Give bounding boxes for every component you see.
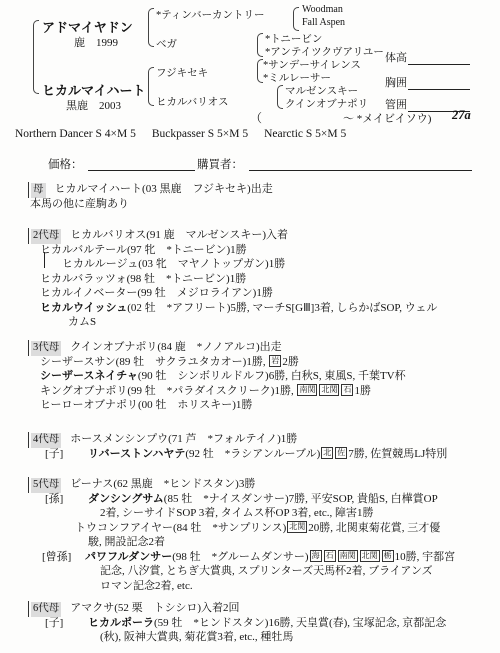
- line-text: 7勝, 佐賀競馬LJ特別: [348, 448, 447, 460]
- measurement-row: 体高: [385, 49, 470, 65]
- line-text: 本馬の他に産駒あり: [30, 198, 129, 210]
- offspring-line: 記念, 八汐賞, とちぎ大賞典, スプリンターズ天馬杯2着, ブライアンズ: [0, 564, 500, 579]
- gen2-ancestor: ヒカルバリオス: [156, 94, 229, 109]
- section-head-text: ヒカルマイハート(03 黒鹿 フジキセキ)出走: [55, 183, 273, 195]
- dam-detail: 黒鹿 2003: [66, 97, 121, 113]
- measurement-blank: [408, 77, 470, 90]
- section-head-line: 母ヒカルマイハート(03 黒鹿 フジキセキ)出走: [0, 182, 500, 197]
- pedigree-main-brace: [33, 20, 39, 94]
- sale-row: 価格： 購買者：: [0, 156, 500, 172]
- section-head-text: ホースメンシンプウ(71 芦 *フォルテイノ)1勝: [70, 433, 297, 445]
- horse-name-bold: ヒカルウイッシュ: [40, 302, 127, 314]
- family-open-paren: （: [250, 109, 262, 126]
- offspring-line: [孫]ダンシングサム(85 牡 *ナイスダンサー)7勝, 平安SOP, 貴船S,…: [0, 492, 500, 507]
- region-box: 栃: [382, 550, 394, 562]
- section-label-wrap: 3代母: [28, 340, 61, 356]
- gen3-brace-1: [293, 7, 299, 31]
- horse-name-bold: リバーストンハヤテ: [88, 448, 185, 460]
- gen3-brace-2: [257, 33, 263, 57]
- line-text: シーザースサン(89 牡 サクラユタカオー)1勝,: [40, 356, 268, 368]
- section-label-wrap: 6代母: [28, 601, 61, 617]
- measurement-blank: [408, 52, 470, 65]
- buyer-blank: [249, 158, 472, 171]
- section-label: 母: [31, 183, 46, 198]
- measurement-row: 胸囲: [385, 74, 470, 90]
- line-text: 記念, 八汐賞, とちぎ大賞典, スプリンターズ天馬杯2着, ブライアンズ: [100, 565, 433, 577]
- line-text: [曾孫]: [42, 550, 85, 565]
- line-text: 10勝, 宇都宮: [395, 551, 456, 563]
- section-head-line: 5代母ビーナス(62 黒鹿 *ヒンドスタン)3勝: [0, 477, 500, 492]
- section-label-wrap: 母: [28, 182, 46, 198]
- offspring-line: キングオブナポリ(99 牡 *パラダイスクリーク)1勝, 南関北関石1勝: [0, 384, 500, 399]
- section-head-line: 2代母ヒカルバリオス(91 鹿 マルゼンスキー)入着: [0, 228, 500, 243]
- line-text: (02 牡 *アフリート)5勝, マーチS[GⅢ]3着, しらかばSOP, ウェ…: [127, 302, 437, 314]
- section-label: 2代母: [31, 229, 61, 244]
- line-text: ヒカルイノベーター(99 牡 メジロライアン)1勝: [40, 287, 273, 299]
- gen2-ancestor: *ティンバーカントリー: [156, 7, 264, 22]
- line-text: ヒカルバリオス(91 鹿 マルゼンスキー)入着: [70, 229, 288, 241]
- family-section: 母ヒカルマイハート(03 黒鹿 フジキセキ)出走本馬の他に産駒あり: [0, 182, 500, 211]
- line-text: (秋), 阪神大賞典, 菊花賞3着, etc., 種牡馬: [100, 631, 293, 643]
- price-label: 価格：: [48, 156, 83, 172]
- line-text: アマクサ(52 栗 トシシロ)入着2回: [70, 602, 239, 614]
- offspring-line: ヒカルバラッツォ(98 牡 *トニービン)1勝: [0, 272, 500, 287]
- line-text: 1勝: [354, 385, 371, 397]
- region-box: 海: [310, 550, 322, 562]
- line-text: ヒカルルージュ(03 牝 マヤノトップガン)1勝: [62, 258, 285, 270]
- buyer-label: 購買者：: [197, 156, 243, 172]
- inbreeding-item: Buckpasser S 5×M 5: [152, 128, 248, 140]
- offspring-line: [子]リバーストンハヤテ(92 牡 *ラシアンルーブル)北佐7勝, 佐賀競馬LJ…: [0, 447, 500, 462]
- offspring-line: (秋), 阪神大賞典, 菊花賞3着, etc., 種牡馬: [0, 630, 500, 645]
- family-section: 2代母ヒカルバリオス(91 鹿 マルゼンスキー)入着ヒカルバルテール(97 牝 …: [0, 228, 500, 330]
- region-box: 石: [341, 384, 353, 396]
- line-text: (90 牡 シンボリルドルフ)6勝, 白秋S, 東風S, 千葉TV杯: [138, 370, 406, 382]
- section-head-text: ヒカルバリオス(91 鹿 マルゼンスキー)入着: [70, 229, 288, 241]
- line-text: (85 牡 *ナイスダンサー)7勝, 平安SOP, 貴船S, 白樺賞OP: [164, 493, 438, 505]
- pedigree-catalog-page: { "pedigree": { "sire": {"name": "アドマイヤド…: [0, 0, 500, 653]
- offspring-line: [子]ヒカルポーラ(59 牡 *ヒンドスタン)16勝, 天皇賞(春), 宝塚記念…: [0, 616, 500, 631]
- offspring-line: ヒカルイノベーター(99 牡 メジロライアン)1勝: [0, 286, 500, 301]
- offspring-line: ヒーローオブナポリ(00 牡 ホリスキー)1勝: [0, 398, 500, 413]
- gen3-ancestor: Woodman: [302, 4, 343, 15]
- horse-name-bold: ダンシングサム: [88, 493, 164, 505]
- line-text: ヒカルバルテール(97 牝 *トニービン)1勝: [40, 244, 247, 256]
- pedigree-chart: アドマイヤドン 鹿 1999 ヒカルマイハート 黒鹿 2003 *ティンバーカン…: [0, 0, 500, 125]
- section-label-wrap: 5代母: [28, 477, 61, 493]
- offspring-line: ヒカルウイッシュ(02 牡 *アフリート)5勝, マーチS[GⅢ]3着, しらか…: [0, 301, 500, 316]
- offspring-line: カムS: [0, 315, 500, 330]
- offspring-line: シーザースネイチャ(90 牡 シンボリルドルフ)6勝, 白秋S, 東風S, 千葉…: [0, 369, 500, 384]
- gen3-ancestor: Fall Aspen: [302, 17, 345, 28]
- inbreeding-item: Northern Dancer S 4×M 5: [15, 128, 136, 140]
- section-label: 4代母: [31, 433, 61, 448]
- line-text: ヒーローオブナポリ(00 牡 ホリスキー)1勝: [40, 399, 252, 411]
- section-head-line: 6代母アマクサ(52 栗 トシシロ)入着2回: [0, 601, 500, 616]
- offspring-line: [曾孫]パワフルダンサー(98 牡 *グルームダンサー)海石南関北関栃10勝, …: [0, 550, 500, 565]
- line-text: ヒカルマイハート(03 黒鹿 フジキセキ)出走: [55, 183, 273, 195]
- dam-parents-brace: [148, 67, 154, 106]
- family-section: 6代母アマクサ(52 栗 トシシロ)入着2回[子]ヒカルポーラ(59 牡 *ヒン…: [0, 601, 500, 645]
- section-head-line: 4代母ホースメンシンプウ(71 芦 *フォルテイノ)1勝: [0, 432, 500, 447]
- gen3-ancestor: クインオブナポリ: [285, 96, 368, 111]
- offspring-line: ヒカルバルテール(97 牝 *トニービン)1勝: [0, 243, 500, 258]
- line-text: 駿, 開設記念2着: [88, 536, 165, 548]
- section-label: 5代母: [31, 478, 61, 493]
- family-section: 4代母ホースメンシンプウ(71 芦 *フォルテイノ)1勝[子]リバーストンハヤテ…: [0, 432, 500, 461]
- price-blank: [88, 158, 195, 171]
- horse-name-bold: ヒカルポーラ: [88, 617, 154, 629]
- section-head-text: アマクサ(52 栗 トシシロ)入着2回: [70, 602, 239, 614]
- line-text: [孫]: [45, 492, 88, 507]
- gen2-ancestor: フジキセキ: [156, 65, 208, 80]
- line-text: ロマン記念2着, etc.: [100, 580, 193, 592]
- offspring-line: シーザースサン(89 牡 サクラユタカオー)1勝, 岩2勝: [0, 355, 500, 370]
- measurement-label: 胸囲: [385, 77, 407, 89]
- section-label-wrap: 4代母: [28, 432, 61, 448]
- region-box: 岩: [269, 355, 281, 367]
- family-section: 3代母クインオブナポリ(84 鹿 *ノノアルコ)出走シーザースサン(89 牡 サ…: [0, 340, 500, 413]
- descent-connector-bar: [44, 252, 45, 268]
- family-number: 27a: [452, 108, 471, 123]
- line-text: (98 牡 *グルームダンサー): [172, 551, 308, 563]
- region-box: 石: [324, 550, 336, 562]
- family-section: 5代母ビーナス(62 黒鹿 *ヒンドスタン)3勝[孫]ダンシングサム(85 牡 …: [0, 477, 500, 593]
- offspring-line: ロマン記念2着, etc.: [0, 579, 500, 594]
- offspring-line: トウコンフアイヤー(84 牡 *サンプリンス)北関20勝, 北関東菊花賞, 三才…: [0, 521, 500, 536]
- inbreeding-line: Northern Dancer S 4×M 5Buckpasser S 5×M …: [15, 128, 362, 140]
- section-head-line: 3代母クインオブナポリ(84 鹿 *ノノアルコ)出走: [0, 340, 500, 355]
- gen3-brace-4: [277, 85, 283, 109]
- region-box: 南関: [297, 384, 317, 396]
- line-text: [子]: [45, 447, 88, 462]
- line-text: 2着, シーサイドSOP 3着, タイムス杯OP 3着, etc., 障害1勝: [100, 507, 374, 519]
- line-text: クインオブナポリ(84 鹿 *ノノアルコ)出走: [70, 341, 281, 353]
- sire-parents-brace: [148, 8, 154, 47]
- region-box: 北: [321, 447, 333, 459]
- line-text: ビーナス(62 黒鹿 *ヒンドスタン)3勝: [70, 478, 255, 490]
- gen2-ancestor: ベガ: [156, 36, 177, 51]
- line-text: [子]: [45, 616, 88, 631]
- horse-name-bold: パワフルダンサー: [85, 551, 172, 563]
- line-text: キングオブナポリ(99 牡 *パラダイスクリーク)1勝,: [40, 385, 296, 397]
- line-text: カムS: [68, 316, 96, 328]
- inbreeding-item: Nearctic S 5×M 5: [264, 128, 346, 140]
- section-label: 3代母: [31, 341, 61, 356]
- region-box: 北関: [360, 550, 380, 562]
- sire-detail: 鹿 1999: [74, 34, 118, 50]
- offspring-line: 本馬の他に産駒あり: [0, 197, 500, 212]
- line-text: トウコンフアイヤー(84 牡 *サンプリンス): [75, 522, 286, 534]
- region-box: 北関: [287, 521, 307, 533]
- section-label: 6代母: [31, 602, 61, 617]
- line-text: (59 牡 *ヒンドスタン)16勝, 天皇賞(春), 宝塚記念, 京都記念: [154, 617, 446, 629]
- line-text: 20勝, 北関東菊花賞, 三才優: [308, 522, 440, 534]
- offspring-line: ヒカルルージュ(03 牝 マヤノトップガン)1勝: [0, 257, 500, 272]
- section-head-text: クインオブナポリ(84 鹿 *ノノアルコ)出走: [70, 341, 281, 353]
- section-label-wrap: 2代母: [28, 228, 61, 244]
- line-text: ホースメンシンプウ(71 芦 *フォルテイノ)1勝: [70, 433, 297, 445]
- family-line-text: ～ *メイビイソウ): [343, 110, 431, 126]
- offspring-line: 2着, シーサイドSOP 3着, タイムス杯OP 3着, etc., 障害1勝: [0, 506, 500, 521]
- section-head-text: ビーナス(62 黒鹿 *ヒンドスタン)3勝: [70, 478, 255, 490]
- measurement-label: 体高: [385, 52, 407, 64]
- line-text: ヒカルバラッツォ(98 牡 *トニービン)1勝: [40, 273, 246, 285]
- region-box: 佐: [335, 447, 347, 459]
- offspring-line: 駿, 開設記念2着: [0, 535, 500, 550]
- horse-name-bold: シーザースネイチャ: [40, 370, 138, 382]
- region-box: 北関: [319, 384, 339, 396]
- region-box: 南関: [338, 550, 358, 562]
- line-text: 2勝: [282, 356, 299, 368]
- line-text: (92 牡 *ラシアンルーブル): [185, 448, 320, 460]
